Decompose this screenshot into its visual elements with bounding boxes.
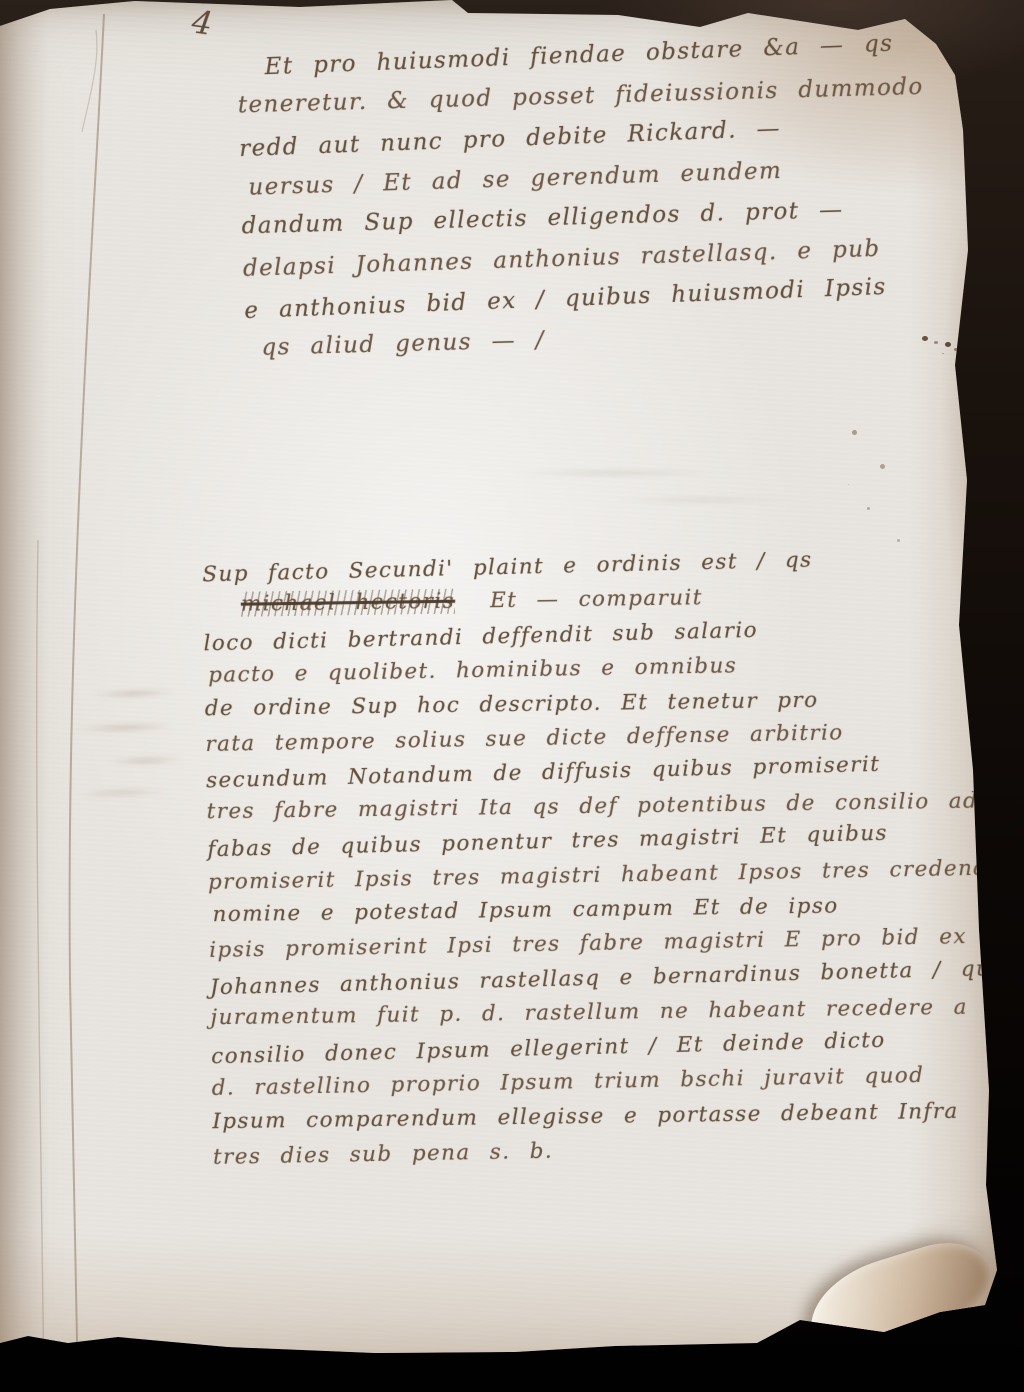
manuscript-page: 4 Et pro huiusmodi fiendae obstare &a — … — [0, 0, 1024, 1392]
handwriting-text: pacto e quolibet. hominibus e omnibus — [208, 653, 737, 688]
ink-specks — [852, 430, 857, 435]
ink-blots — [922, 336, 928, 341]
entry-top-handwriting: Et pro huiusmodi fiendae obstare &a — qs… — [236, 24, 958, 370]
handwriting-text: qs aliud genus — / — [261, 327, 545, 361]
page-number: 4 — [189, 3, 214, 43]
handwriting-text: tres dies sub pena s. b. — [213, 1139, 554, 1170]
verso-show-through-left — [50, 675, 214, 811]
handwriting-text: Et — comparuit — [455, 586, 703, 614]
handwriting-text: nomine e potestad Ipsum campum Et de ips… — [212, 894, 838, 928]
entry-main-handwriting: Sup facto Secundi' plaint e ordinis est … — [202, 542, 983, 1175]
struck-out-words: michael hectoris — [241, 589, 456, 617]
handwriting-text: de ordine Sup hoc descripto. Et tenetur … — [205, 687, 819, 721]
verso-show-through-center — [470, 455, 830, 515]
torn-corner-flap — [797, 1230, 1004, 1370]
photograph-background: 4 Et pro huiusmodi fiendae obstare &a — … — [0, 0, 1024, 1392]
